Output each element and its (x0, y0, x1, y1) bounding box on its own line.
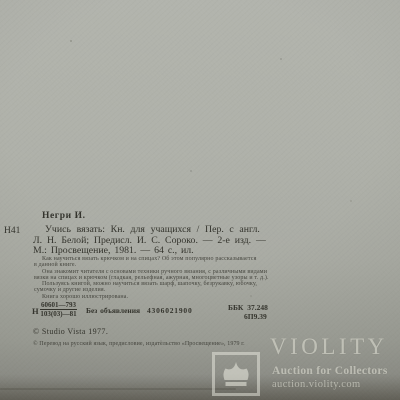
imprint-order-number: 4306021900 (147, 306, 193, 315)
copyright-line-original: © Studio Vista 1977. (33, 327, 108, 336)
crown-icon (220, 361, 252, 387)
imprint-fraction: 60601—793 103(03)—81 (40, 301, 77, 318)
watermark-url: auction.violity.com (272, 379, 361, 390)
watermark-crown-frame (212, 352, 260, 396)
watermark-tagline: Auction for Collectors (272, 365, 388, 377)
book-author: Негри И. (42, 211, 86, 221)
annotation-line: Она знакомит читателя с основами техники… (34, 269, 269, 275)
annotation-line: Книга хорошо иллюстрирована. (34, 294, 269, 300)
watermark-brand: VIOLITY (270, 334, 388, 360)
bibliography-line-2: Л. Н. Белой; Предисл. И. С. Сороко. — 2-… (33, 235, 266, 246)
imprint-fraction-denominator: 103(03)—81 (40, 310, 77, 318)
bbk-classification-2: 6П9.39 (244, 312, 267, 321)
imprint-fraction-numerator: 60601—793 (40, 301, 77, 310)
imprint-note: Без объявления (86, 306, 140, 315)
annotation-block: Как научиться вязать крючком и на спицах… (34, 256, 269, 300)
paper-speckles (70, 40, 72, 42)
library-index-code: Н41 (4, 226, 20, 236)
copyright-line-translation: © Перевод на русский язык, предисловие, … (33, 341, 245, 347)
bibliography-line-1: Учись вязать: Кн. для учащихся / Пер. с … (45, 224, 260, 235)
book-page-photo: Негри И. Н41 Учись вязать: Кн. для учащи… (0, 0, 400, 400)
imprint-prefix: Н (32, 306, 39, 316)
bibliography-line-3: М.: Просвещение, 1981. — 64 с., ил. (33, 245, 194, 256)
